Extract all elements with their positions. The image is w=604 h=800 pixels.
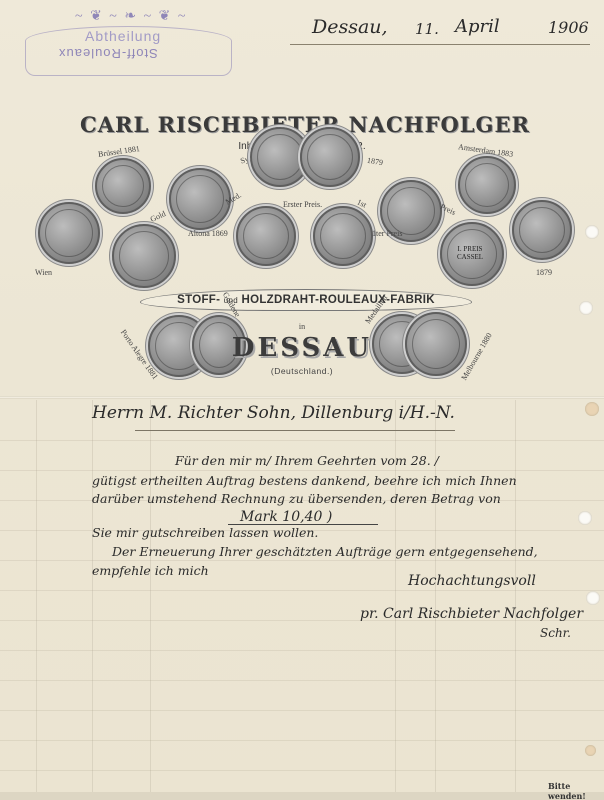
dateline: Dessau, 11. April 1906: [290, 14, 590, 45]
letter-page: ~ ❦ ~ ❧ ~ ❦ ~ Abtheilung Stoff-Rouleaux …: [0, 0, 604, 800]
rule-column: [150, 400, 151, 792]
closing-line: Hochachtungsvoll: [408, 573, 536, 589]
medal-brussels-icon: [95, 158, 151, 214]
signer-initials: Schr.: [540, 626, 571, 640]
medal-label: Wien: [35, 268, 52, 277]
rule-line: [0, 680, 604, 681]
firm-name: CARL RISCHBIETER NACHFOLGER: [70, 112, 540, 137]
medal-label: Erster Preis.: [283, 200, 322, 209]
punch-hole: [586, 591, 600, 605]
rule-line: [0, 770, 604, 771]
medal-label: 1st: [356, 197, 368, 209]
medal-label: Gold: [149, 209, 167, 224]
signature-line: pr. Carl Rischbieter Nachfolger: [360, 606, 583, 622]
punch-hole: [585, 225, 599, 239]
medal-wien-icon: [38, 202, 100, 264]
turn-over-note: Bitte wenden!: [548, 781, 604, 800]
date-city: Dessau,: [312, 16, 388, 38]
rule-column: [515, 400, 516, 792]
paper-fold: [0, 396, 604, 399]
rule-line: [0, 470, 604, 471]
date-month: April: [455, 16, 500, 37]
medal-label: 1879: [536, 268, 552, 277]
stamp-ornament: ~ ❦ ~ ❧ ~ ❦ ~: [75, 8, 188, 25]
country-name: (Deutschland.): [0, 366, 604, 376]
body-line-6: empfehle ich mich: [92, 563, 209, 578]
product-banner: STOFF- und HOLZDRAHT-ROULEAUX-FABRIK: [140, 289, 472, 311]
body-line-3: darüber umstehend Rechnung zu übersenden…: [92, 491, 501, 506]
date-year: 1906: [548, 18, 589, 37]
rule-line: [0, 650, 604, 651]
punch-hole: [585, 745, 596, 756]
punch-hole: [578, 511, 592, 525]
medal-label: 1ter Preis: [372, 229, 402, 238]
amount-line: Mark 10,40 ): [240, 509, 332, 525]
recipient-underline: [135, 430, 455, 431]
rule-line: [0, 560, 604, 561]
paper-edge: [0, 792, 604, 800]
medal-first-prize-icon: [313, 206, 373, 266]
medal-sydney-reverse-icon: [300, 127, 360, 187]
medal-altona-icon: [236, 206, 296, 266]
medal-seated-figure-icon: [512, 200, 572, 260]
punch-hole: [579, 301, 593, 315]
city-name: DESSAU: [0, 333, 604, 363]
banner-text-2: HOLZDRAHT-ROULEAUX-FABRIK: [241, 294, 434, 306]
recipient-line: Herrn M. Richter Sohn, Dillenburg i/H.-N…: [92, 403, 455, 423]
stamp-line-2: Stoff-Rouleaux: [58, 46, 158, 61]
medal-amsterdam-icon: [458, 156, 516, 214]
body-line-5: Der Erneuerung Ihrer geschätzten Aufträg…: [112, 544, 538, 559]
medal-portrait-icon: [169, 168, 231, 230]
rule-line: [0, 440, 604, 441]
medal-label: 1879: [366, 156, 383, 168]
in-word: in: [0, 322, 604, 331]
department-stamp: ~ ❦ ~ ❧ ~ ❦ ~ Abtheilung Stoff-Rouleaux: [10, 6, 240, 84]
banner-text-1: STOFF-: [177, 294, 220, 306]
body-line-4: Sie mir gutschreiben lassen wollen.: [92, 525, 318, 540]
body-line-2: gütigst ertheilten Auftrag bestens danke…: [92, 473, 517, 488]
stamp-line-1: Abtheilung: [85, 28, 161, 44]
body-line-1: Für den mir m/ Ihrem Geehrten vom 28. /: [175, 453, 439, 468]
medal-figure-icon: [112, 224, 176, 288]
date-day: 11.: [415, 20, 439, 38]
rule-line: [0, 590, 604, 591]
rule-line: [0, 710, 604, 711]
rule-column: [92, 400, 93, 792]
rule-column: [36, 400, 37, 792]
medal-label: Altona 1869: [188, 229, 228, 238]
punch-hole: [585, 402, 599, 416]
medal-label: I. PREIS CASSEL: [450, 245, 490, 261]
rule-line: [0, 740, 604, 741]
